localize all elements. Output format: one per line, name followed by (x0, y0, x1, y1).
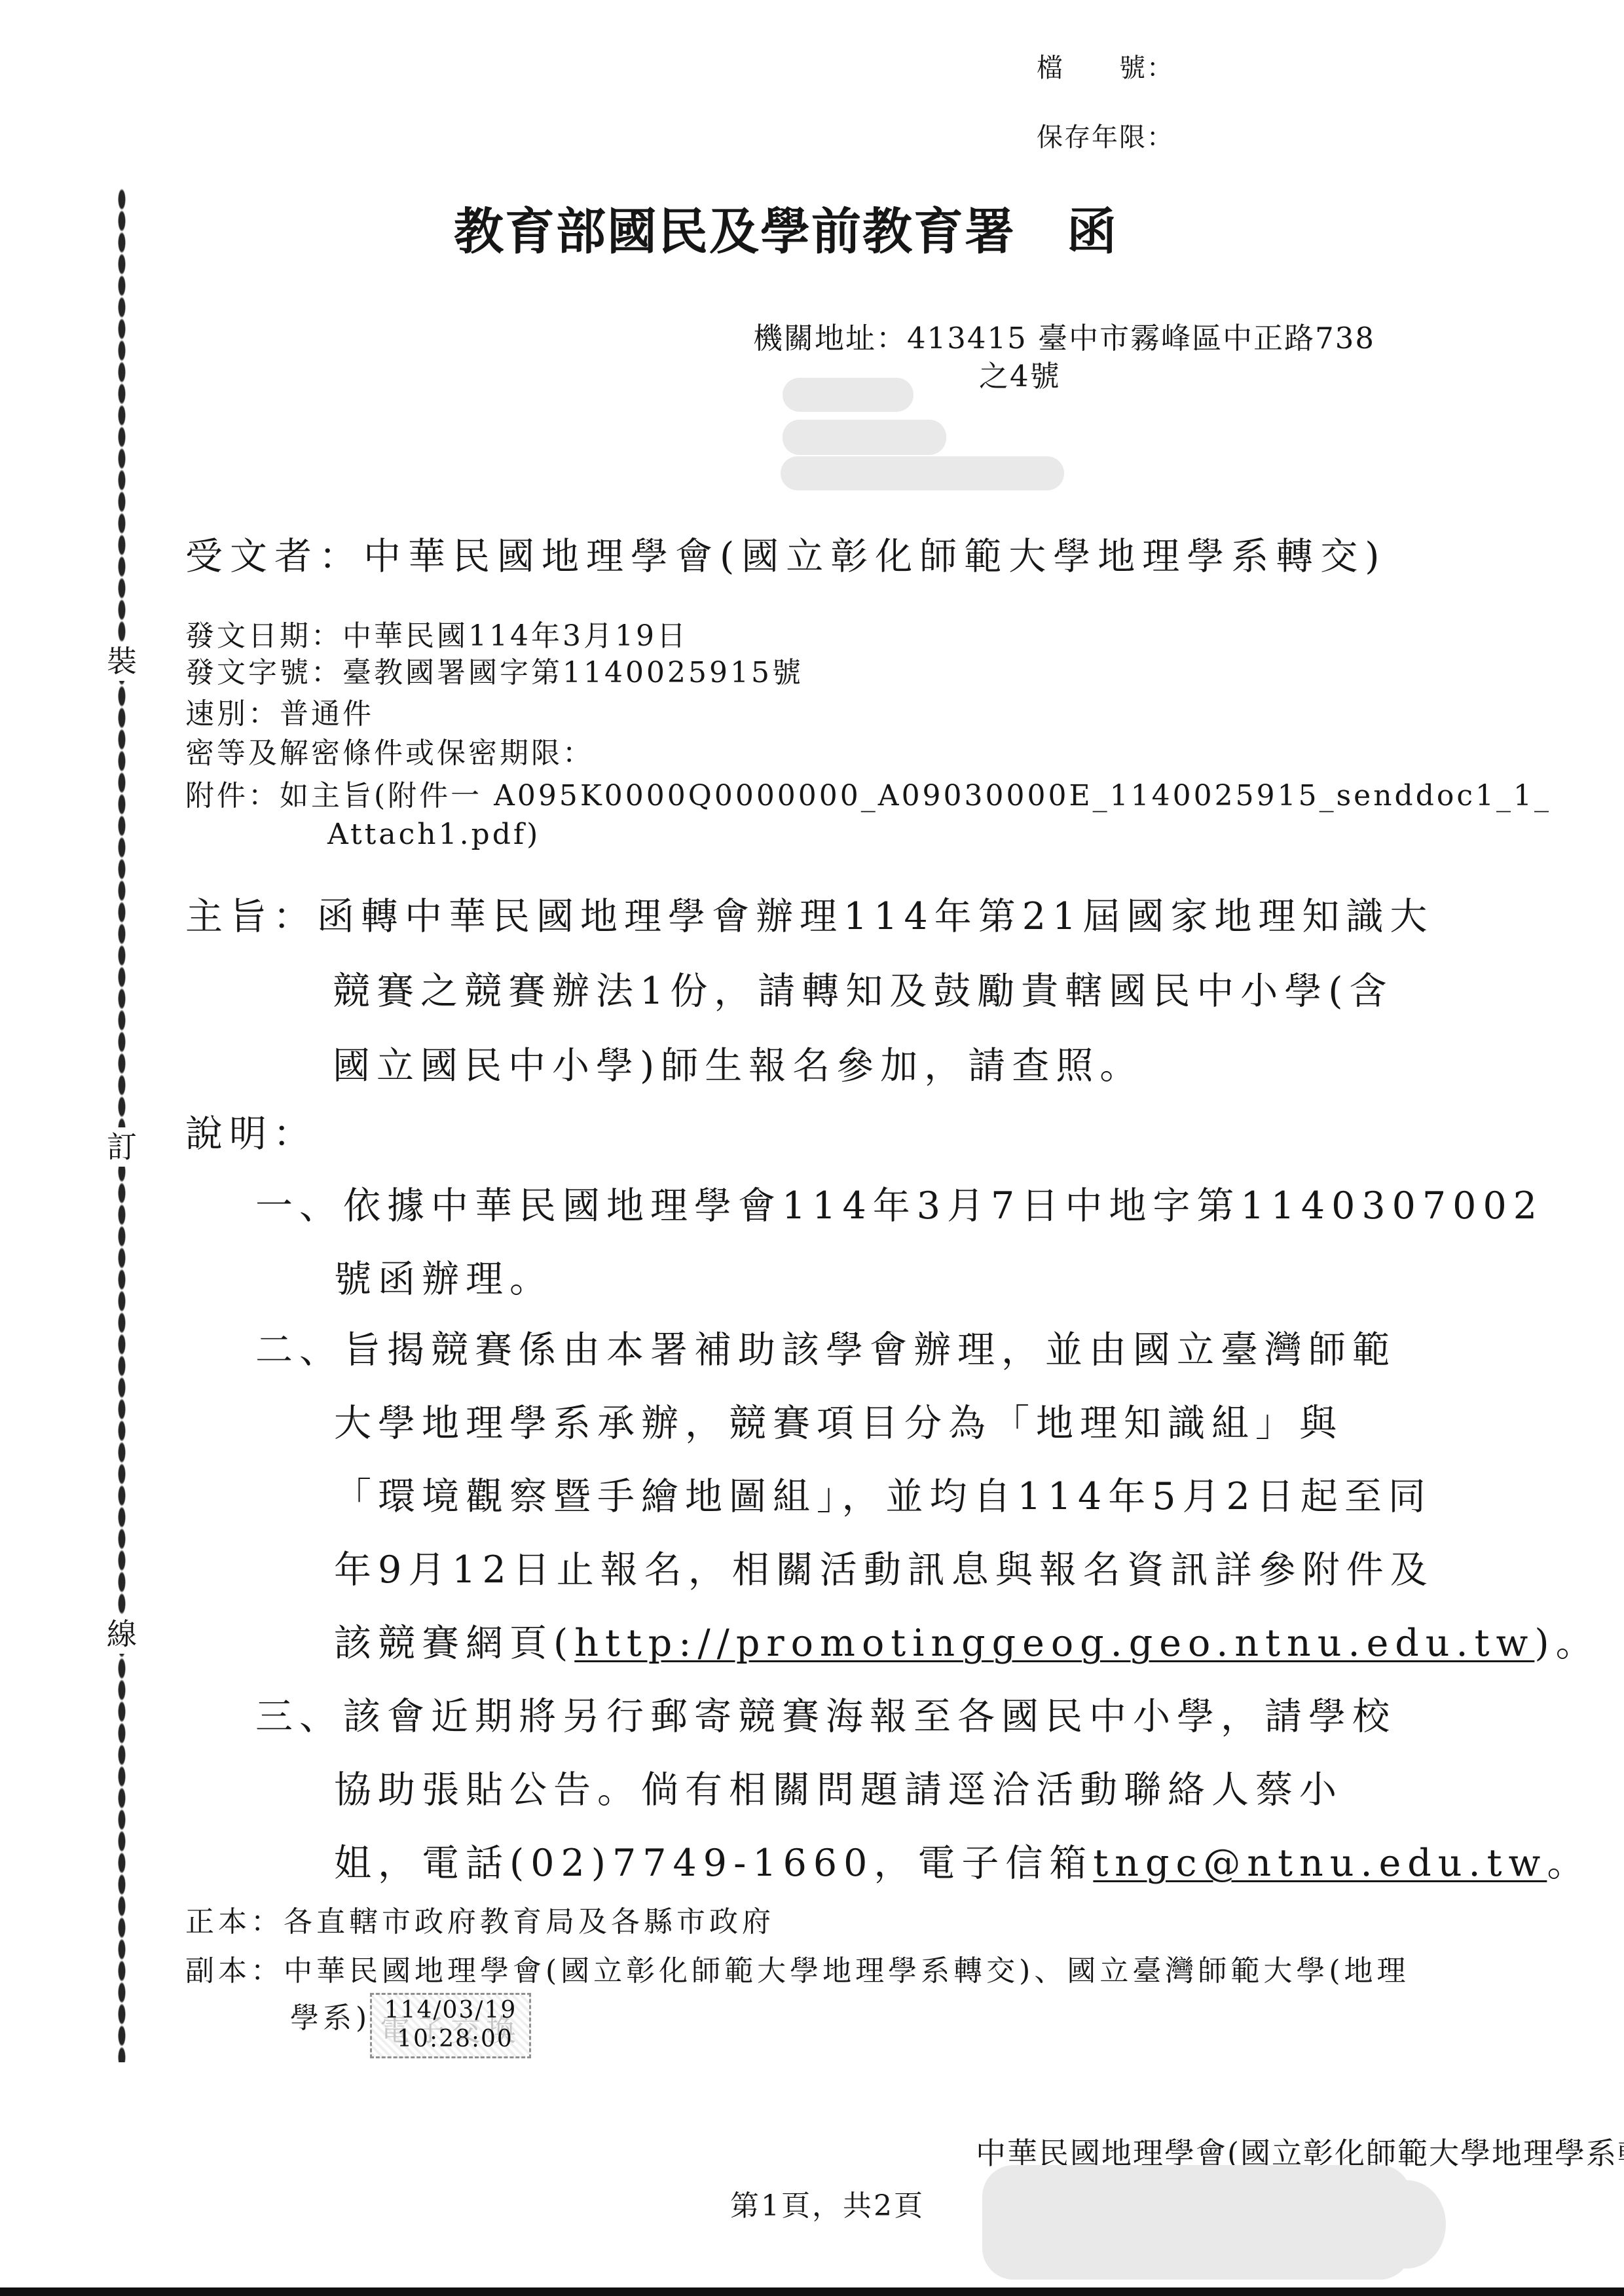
cc-recipients-block: 副本：中華民國地理學會(國立彰化師範大學地理學系轉交)、國立臺灣師範大學(地理 … (185, 1948, 1410, 2042)
scan-bottom-edge (0, 2287, 1624, 2296)
agency-address-line2: 之4號 (979, 352, 1061, 395)
scanned-official-letter-page: 裝 訂 線 檔 號： 保存年限： 教育部國民及學前教育署 函 機關地址：4134… (0, 0, 1624, 2296)
page-indicator: 第1頁，共2頁 (730, 2188, 925, 2225)
recipient-line: 受文者：中華民國地理學會(國立彰化師範大學地理學系轉交) (185, 532, 1386, 581)
redaction-block (783, 378, 913, 412)
explanation-item-1: 一、依據中華民國地理學會114年3月7日中地字第1140307002 號函辦理。 (255, 1169, 1543, 1316)
stamp-date: 114/03/19 (372, 1996, 529, 2025)
explanation-line: 「環境觀察暨手繪地圖組」，並均自114年5月2日起至同 (255, 1460, 1600, 1533)
document-title: 教育部國民及學前教育署 函 (454, 192, 1118, 263)
explanation-line: 該競賽網頁(http://promotinggeog.geo.ntnu.edu.… (255, 1607, 1600, 1680)
document-number-line: 發文字號：臺教國署國字第1140025915號 (185, 655, 803, 691)
email-suffix-text: 。 (1547, 1842, 1591, 1885)
explanation-line: 大學地理學系承辦，競賽項目分為「地理知識組」與 (255, 1387, 1600, 1460)
issue-date-line: 發文日期：中華民國114年3月19日 (185, 618, 688, 655)
explanation-line: 三、該會近期將另行郵寄競賽海報至各國民中小學，請學校 (255, 1680, 1591, 1753)
cc-line: 學系) (185, 1995, 1410, 2042)
binding-label-zhuang: 裝 (101, 642, 143, 681)
explanation-line: 協助張貼公告。倘有相關問題請逕洽活動聯絡人蔡小 (255, 1753, 1591, 1827)
explanation-heading: 說明： (185, 1109, 317, 1159)
original-recipients-line: 正本：各直轄市政府教育局及各縣市政府 (185, 1904, 775, 1941)
url-prefix-text: 該競賽網頁( (334, 1622, 574, 1665)
explanation-line: 年9月12日止報名，相關活動訊息與報名資訊詳參附件及 (255, 1533, 1600, 1607)
redaction-block (982, 2165, 1411, 2280)
email-prefix-text: 姐，電話(02)7749-1660，電子信箱 (334, 1842, 1093, 1885)
stamp-time: 10:28:00 (372, 2025, 529, 2054)
retention-period-label: 保存年限： (1037, 117, 1174, 154)
binding-dotted-line (118, 189, 126, 2062)
file-number-label: 檔 號： (1037, 47, 1174, 84)
electronic-exchange-stamp: 電子交換 114/03/19 10:28:00 (370, 1993, 531, 2058)
attachment-filename-line: Attach1.pdf) (327, 816, 540, 853)
agency-address-line1: 機關地址：413415 臺中市霧峰區中正路738 (753, 314, 1375, 357)
priority-line: 速別：普通件 (185, 696, 374, 733)
explanation-item-2: 二、旨揭競賽係由本署補助該學會辦理，並由國立臺灣師範 大學地理學系承辦，競賽項目… (255, 1313, 1600, 1680)
subject-line: 競賽之競賽辦法1份，請轉知及鼓勵貴轄國民中小學(含 (185, 954, 1433, 1029)
contact-email: tngc@ntnu.edu.tw (1093, 1842, 1547, 1885)
explanation-item-3: 三、該會近期將另行郵寄競賽海報至各國民中小學，請學校 協助張貼公告。倘有相關問題… (255, 1680, 1591, 1900)
explanation-line: 號函辦理。 (255, 1243, 1543, 1316)
redaction-block (783, 420, 946, 455)
subject-line: 國立國民中小學)師生報名參加，請查照。 (185, 1029, 1433, 1103)
cc-line: 副本：中華民國地理學會(國立彰化師範大學地理學系轉交)、國立臺灣師範大學(地理 (185, 1948, 1410, 1995)
competition-website-url: http://promotinggeog.geo.ntnu.edu.tw (574, 1622, 1534, 1665)
url-suffix-text: )。 (1534, 1622, 1599, 1665)
subject-line: 主旨：函轉中華民國地理學會辦理114年第21屆國家地理知識大 (185, 879, 1433, 954)
explanation-line: 姐，電話(02)7749-1660，電子信箱tngc@ntnu.edu.tw。 (255, 1827, 1591, 1900)
binding-label-xian: 線 (101, 1614, 143, 1654)
redaction-block (781, 456, 1064, 490)
explanation-line: 二、旨揭競賽係由本署補助該學會辦理，並由國立臺灣師範 (255, 1313, 1600, 1387)
security-classification-line: 密等及解密條件或保密期限： (185, 735, 594, 772)
redaction-block (1367, 2180, 1446, 2269)
binding-label-ding: 訂 (101, 1127, 143, 1167)
explanation-line: 一、依據中華民國地理學會114年3月7日中地字第1140307002 (255, 1169, 1543, 1243)
subject-paragraph: 主旨：函轉中華民國地理學會辦理114年第21屆國家地理知識大 競賽之競賽辦法1份… (185, 879, 1433, 1103)
attachment-line: 附件：如主旨(附件一 A095K0000Q0000000_A09030000E_… (185, 778, 1551, 814)
